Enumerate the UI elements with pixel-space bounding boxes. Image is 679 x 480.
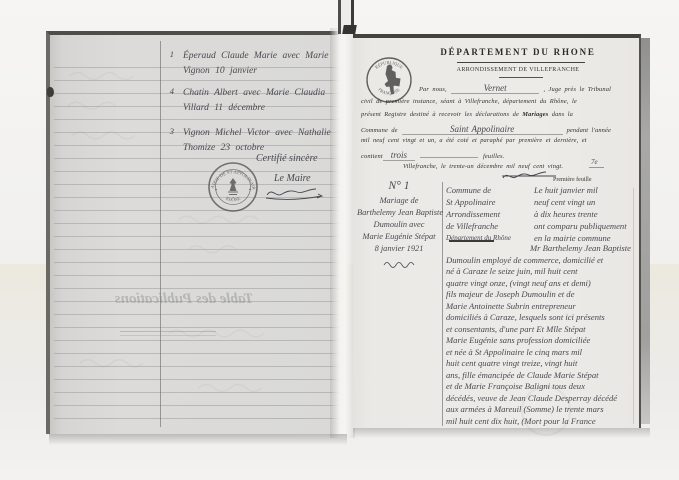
opening-line: Le huit janvier mil — [534, 184, 633, 196]
act-body-line: huit cent quatre vingt treize, vingt hui… — [446, 358, 635, 370]
opening-line: ont comparu publiquement — [534, 220, 633, 232]
place-line: St Appolinaire — [446, 196, 533, 208]
act-body-line: Marie Antoinette Subrin entrepreneur — [446, 301, 635, 313]
entry-number: 4 — [164, 86, 174, 116]
printed-text: dans la — [552, 111, 573, 118]
act-body-line: domiciliés à Caraze, lesquels sont ici p… — [446, 312, 635, 324]
act-margin-line: Mariage de — [357, 195, 441, 207]
judge-name-handwritten: Vernet — [451, 83, 540, 94]
place-line: Arrondissement — [446, 208, 533, 220]
index-entry: 3 Vignon Michel Victor avec Nathalie Tho… — [164, 126, 344, 156]
act-margin-line: Marie Eugénie Stépat — [357, 231, 441, 243]
preamble-line: contient trois feuilles. — [361, 150, 611, 161]
arrondissement-subtitle: ARRONDISSEMENT DE VILLEFRANCHE — [413, 67, 623, 73]
entry-text: Vignon Michel Victor avec Nathalie Thomi… — [183, 126, 344, 156]
binding-notch — [342, 25, 357, 34]
act-divider-rule — [449, 240, 494, 242]
entry-text: Éperaud Claude Marie avec Marie Vignon 1… — [183, 49, 344, 79]
printed-text: , Juge près le Tribunal — [543, 86, 611, 93]
preamble-line: Commune de Saint Appolinaire pendant l'a… — [361, 124, 611, 135]
opening-line: à dix heures trente — [534, 208, 633, 220]
left-page: 1 Éperaud Claude Marie avec Marie Vignon… — [46, 31, 347, 434]
preamble-line: civil de première instance, séant à Vill… — [361, 98, 611, 105]
act-body-line: Dumoulin employé de commerce, domicilié … — [446, 255, 635, 267]
department-title: DÉPARTEMENT DU RHONE — [413, 47, 623, 57]
svg-text:RHÔNE: RHÔNE — [225, 196, 241, 203]
page-block-edge — [641, 38, 650, 424]
showthrough-title: Table des Publications — [64, 291, 304, 308]
page-shadow — [353, 428, 650, 438]
act-place-column: Commune de St Appolinaire Arrondissement… — [446, 184, 533, 244]
showthrough-rule — [120, 331, 216, 336]
preamble-line: Par nous, Vernet , Juge près le Tribunal — [419, 83, 611, 94]
place-line: Commune de — [446, 184, 533, 196]
printed-text: présent Registre destiné à recevoir les … — [361, 111, 519, 118]
index-entry: 1 Éperaud Claude Marie avec Marie Vignon… — [164, 49, 344, 79]
ink-blotch — [47, 87, 54, 97]
republic-seal-icon: RÉPUBLIQUE FRANÇAISE — [365, 56, 413, 104]
scanned-register-spread: 1 Éperaud Claude Marie avec Marie Vignon… — [0, 0, 679, 480]
act-body-line: né à Caraze le seize juin, mil huit cent — [446, 266, 635, 278]
opening-line: neuf cent vingt un — [534, 196, 633, 208]
printed-text: contient — [361, 153, 383, 160]
entry-number: 3 — [164, 126, 174, 156]
preamble-line: mil neuf cent vingt et un, a été coté et… — [361, 137, 611, 144]
printed-text: feuilles. — [483, 153, 504, 160]
act-body-line: ans, fille émancipée de Claude Marie Sté… — [446, 370, 635, 382]
printed-text-bold: Mariages — [522, 111, 548, 118]
flourish-icon — [382, 260, 416, 268]
margin-mark: 7e — [589, 158, 604, 168]
act-body-line: et consentants, d'une part Et Mlle Stépa… — [446, 324, 635, 336]
act-margin-rule — [442, 182, 443, 426]
printed-text: Par nous, — [419, 86, 447, 93]
svg-text:FRANÇAISE: FRANÇAISE — [377, 87, 401, 96]
title-underline — [457, 62, 585, 63]
act-margin-line: 8 janvier 1921 — [357, 243, 441, 255]
act-body-line: quatre vingt onze, (vingt neuf ans et de… — [446, 278, 635, 290]
subtitle-underline — [499, 77, 543, 78]
entry-text: Chatin Albert avec Marie Claudia Villard… — [183, 86, 344, 116]
act-body-line: Mr Barthelemy Jean Baptiste — [446, 243, 635, 255]
sheet-count-handwritten: trois — [383, 150, 415, 161]
act-body-line: Marie Eugénie sans profession domiciliée — [446, 335, 635, 347]
first-sheet-label: Première feuille — [553, 177, 591, 183]
commune-name-handwritten: Saint Appolinaire — [402, 124, 563, 135]
preamble-line: présent Registre destiné à recevoir les … — [361, 111, 611, 118]
act-body-line: et née à St Appolinaire le cinq mars mil — [446, 347, 635, 359]
blank-rule — [420, 150, 478, 158]
printed-text: Commune de — [361, 127, 398, 134]
act-opening-column: Le huit janvier mil neuf cent vingt un à… — [534, 184, 633, 244]
act-margin-line: Barthelemy Jean Baptiste — [357, 207, 441, 219]
act-margin-line: Dumoulin avec — [357, 219, 441, 231]
index-entry: 4 Chatin Albert avec Marie Claudia Villa… — [164, 86, 344, 116]
page-shadow — [49, 434, 347, 445]
act-body-line: fils majeur de Joseph Dumoulin et de — [446, 289, 635, 301]
book-gutter — [330, 28, 355, 438]
mayor-signature-icon — [264, 186, 330, 200]
act-number: N° 1 — [357, 180, 441, 192]
index-column-rule — [160, 41, 161, 427]
commune-seal-icon: MAIRIE DE ST APPOLINAIRE RHÔNE — [207, 161, 259, 213]
act-margin-column: N° 1 Mariage de Barthelemy Jean Baptiste… — [357, 180, 441, 273]
entry-number: 1 — [164, 49, 174, 79]
place-line: de Villefranche — [446, 220, 533, 232]
printed-text: pendant l'année — [567, 127, 611, 134]
right-page: DÉPARTEMENT DU RHONE ARRONDISSEMENT DE V… — [353, 34, 641, 428]
